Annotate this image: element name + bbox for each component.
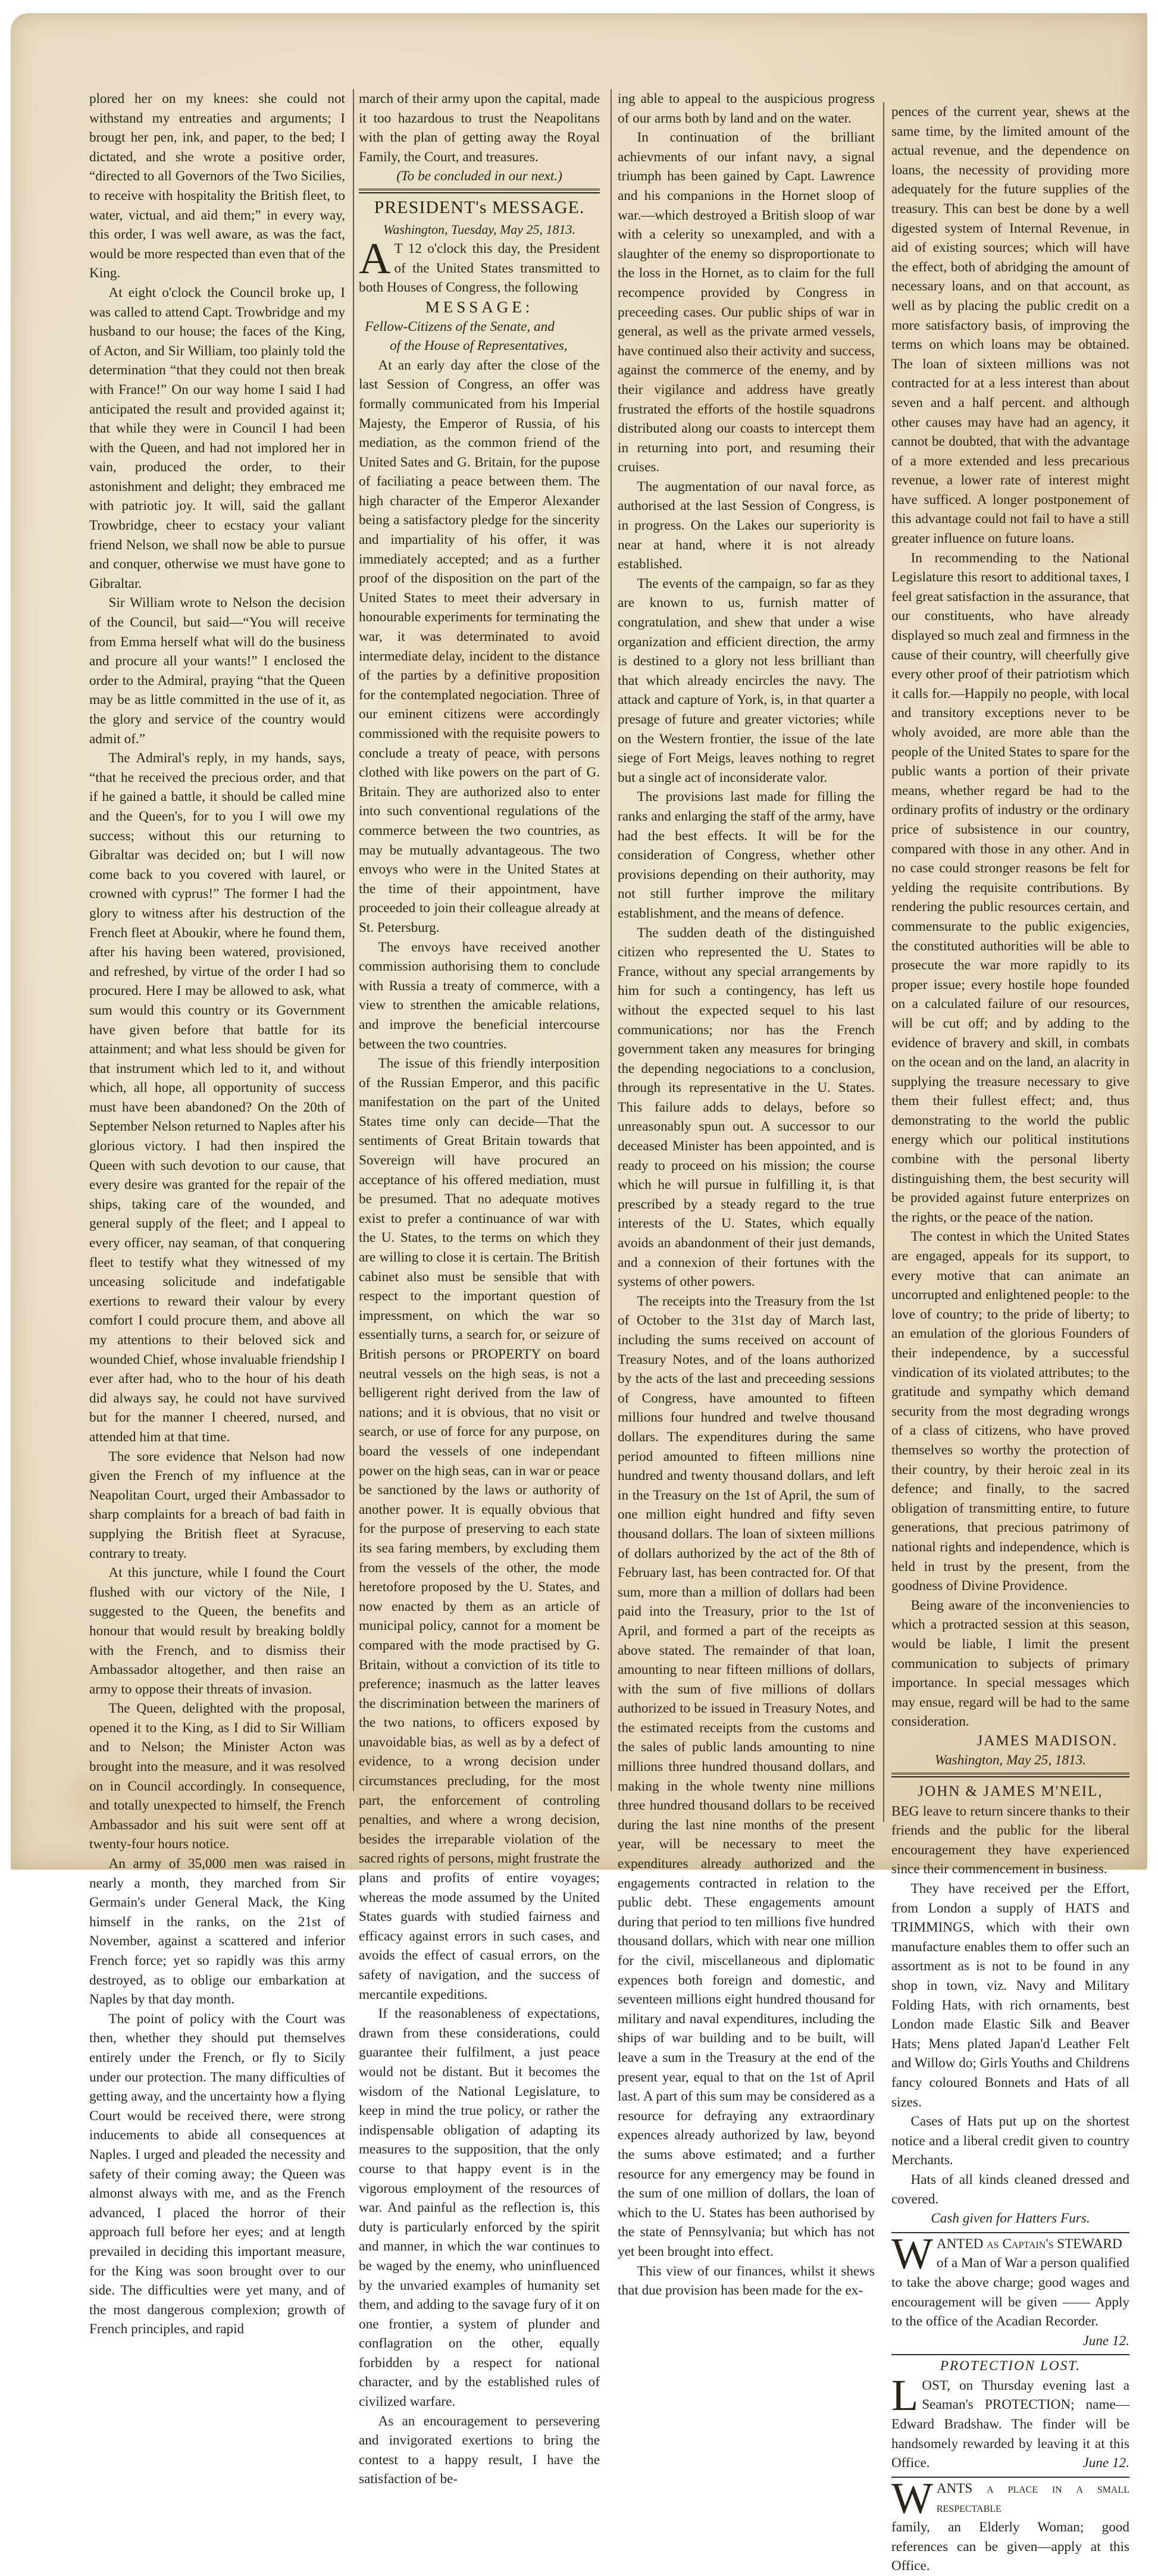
article-dateline: Washington, Tuesday, May 25, 1813. bbox=[359, 220, 600, 240]
advertisement-mneil: JOHN & JAMES M'NEIL, BEG leave to return… bbox=[891, 1782, 1129, 1879]
paragraph: At this juncture, while I found the Cour… bbox=[89, 1563, 345, 1699]
column-2: march of their army upon the capital, ma… bbox=[359, 89, 600, 1879]
article-intro: AT 12 o'clock this day, the President of… bbox=[359, 239, 600, 298]
paragraph: In continuation of the brilliant achievm… bbox=[618, 128, 875, 477]
paragraph: At an early day after the close of the l… bbox=[359, 356, 600, 938]
column-rule bbox=[353, 89, 354, 1791]
column-rule bbox=[611, 89, 612, 1791]
ad-heading: JOHN & JAMES M'NEIL, bbox=[891, 1782, 1129, 1802]
paragraph: An army of 35,000 men was raised in near… bbox=[89, 1854, 345, 1879]
signature: JAMES MADISON. bbox=[891, 1732, 1129, 1751]
salutation-line-1: Fellow-Citizens of the Senate, and bbox=[359, 317, 600, 337]
column-3: ing able to appeal to the auspicious pro… bbox=[618, 89, 875, 1879]
paragraph: At eight o'clock the Council broke up, I… bbox=[89, 283, 345, 594]
paragraph: The Admiral's reply, in my hands, says, … bbox=[89, 749, 345, 1447]
paragraph: Sir William wrote to Nelson the decision… bbox=[89, 593, 345, 749]
salutation-line-2: of the House of Representatives, bbox=[359, 336, 600, 356]
paragraph: The events of the campaign, so far as th… bbox=[618, 574, 875, 788]
paragraph: pences of the current year, shews at the… bbox=[891, 102, 1129, 549]
paragraph: The sore evidence that Nelson had now gi… bbox=[89, 1447, 345, 1564]
continued-note: (To be concluded in our next.) bbox=[359, 167, 600, 186]
section-divider bbox=[891, 1773, 1129, 1777]
paragraph: The provisions last made for filling the… bbox=[618, 787, 875, 923]
message-heading: MESSAGE: bbox=[359, 298, 600, 317]
column-4: pences of the current year, shews at the… bbox=[891, 102, 1129, 1879]
paragraph: The augmentation of our naval force, as … bbox=[618, 477, 875, 574]
paragraph: plored her on my knees: she could not wi… bbox=[89, 89, 345, 283]
paragraph: The issue of this friendly interposition… bbox=[359, 1054, 600, 1879]
paragraph: The contest in which the United States a… bbox=[891, 1227, 1129, 1595]
ad-paragraph: BEG leave to return sincere thanks to th… bbox=[891, 1802, 1129, 1879]
paragraph: Being aware of the inconveniencies to wh… bbox=[891, 1596, 1129, 1732]
paragraph: In recommending to the National Legislat… bbox=[891, 549, 1129, 1228]
column-1: plored her on my knees: she could not wi… bbox=[89, 89, 345, 1879]
paragraph: march of their army upon the capital, ma… bbox=[359, 89, 600, 167]
paragraph: The sudden death of the distinguished ci… bbox=[618, 924, 875, 1292]
paragraph: The envoys have received another commiss… bbox=[359, 938, 600, 1054]
section-divider bbox=[359, 189, 600, 193]
article-title: PRESIDENT's MESSAGE. bbox=[359, 198, 600, 218]
newspaper-page: plored her on my knees: she could not wi… bbox=[11, 13, 1147, 1870]
intro-text: T 12 o'clock this day, the President of … bbox=[359, 241, 600, 295]
drop-cap: A bbox=[359, 240, 390, 277]
paragraph: The Queen, delighted with the proposal, … bbox=[89, 1699, 345, 1854]
signature-dateline: Washington, May 25, 1813. bbox=[891, 1751, 1129, 1770]
column-rule bbox=[883, 102, 884, 1822]
paragraph: ing able to appeal to the auspicious pro… bbox=[618, 89, 875, 128]
paragraph: The receipts into the Treasury from the … bbox=[618, 1292, 875, 1879]
